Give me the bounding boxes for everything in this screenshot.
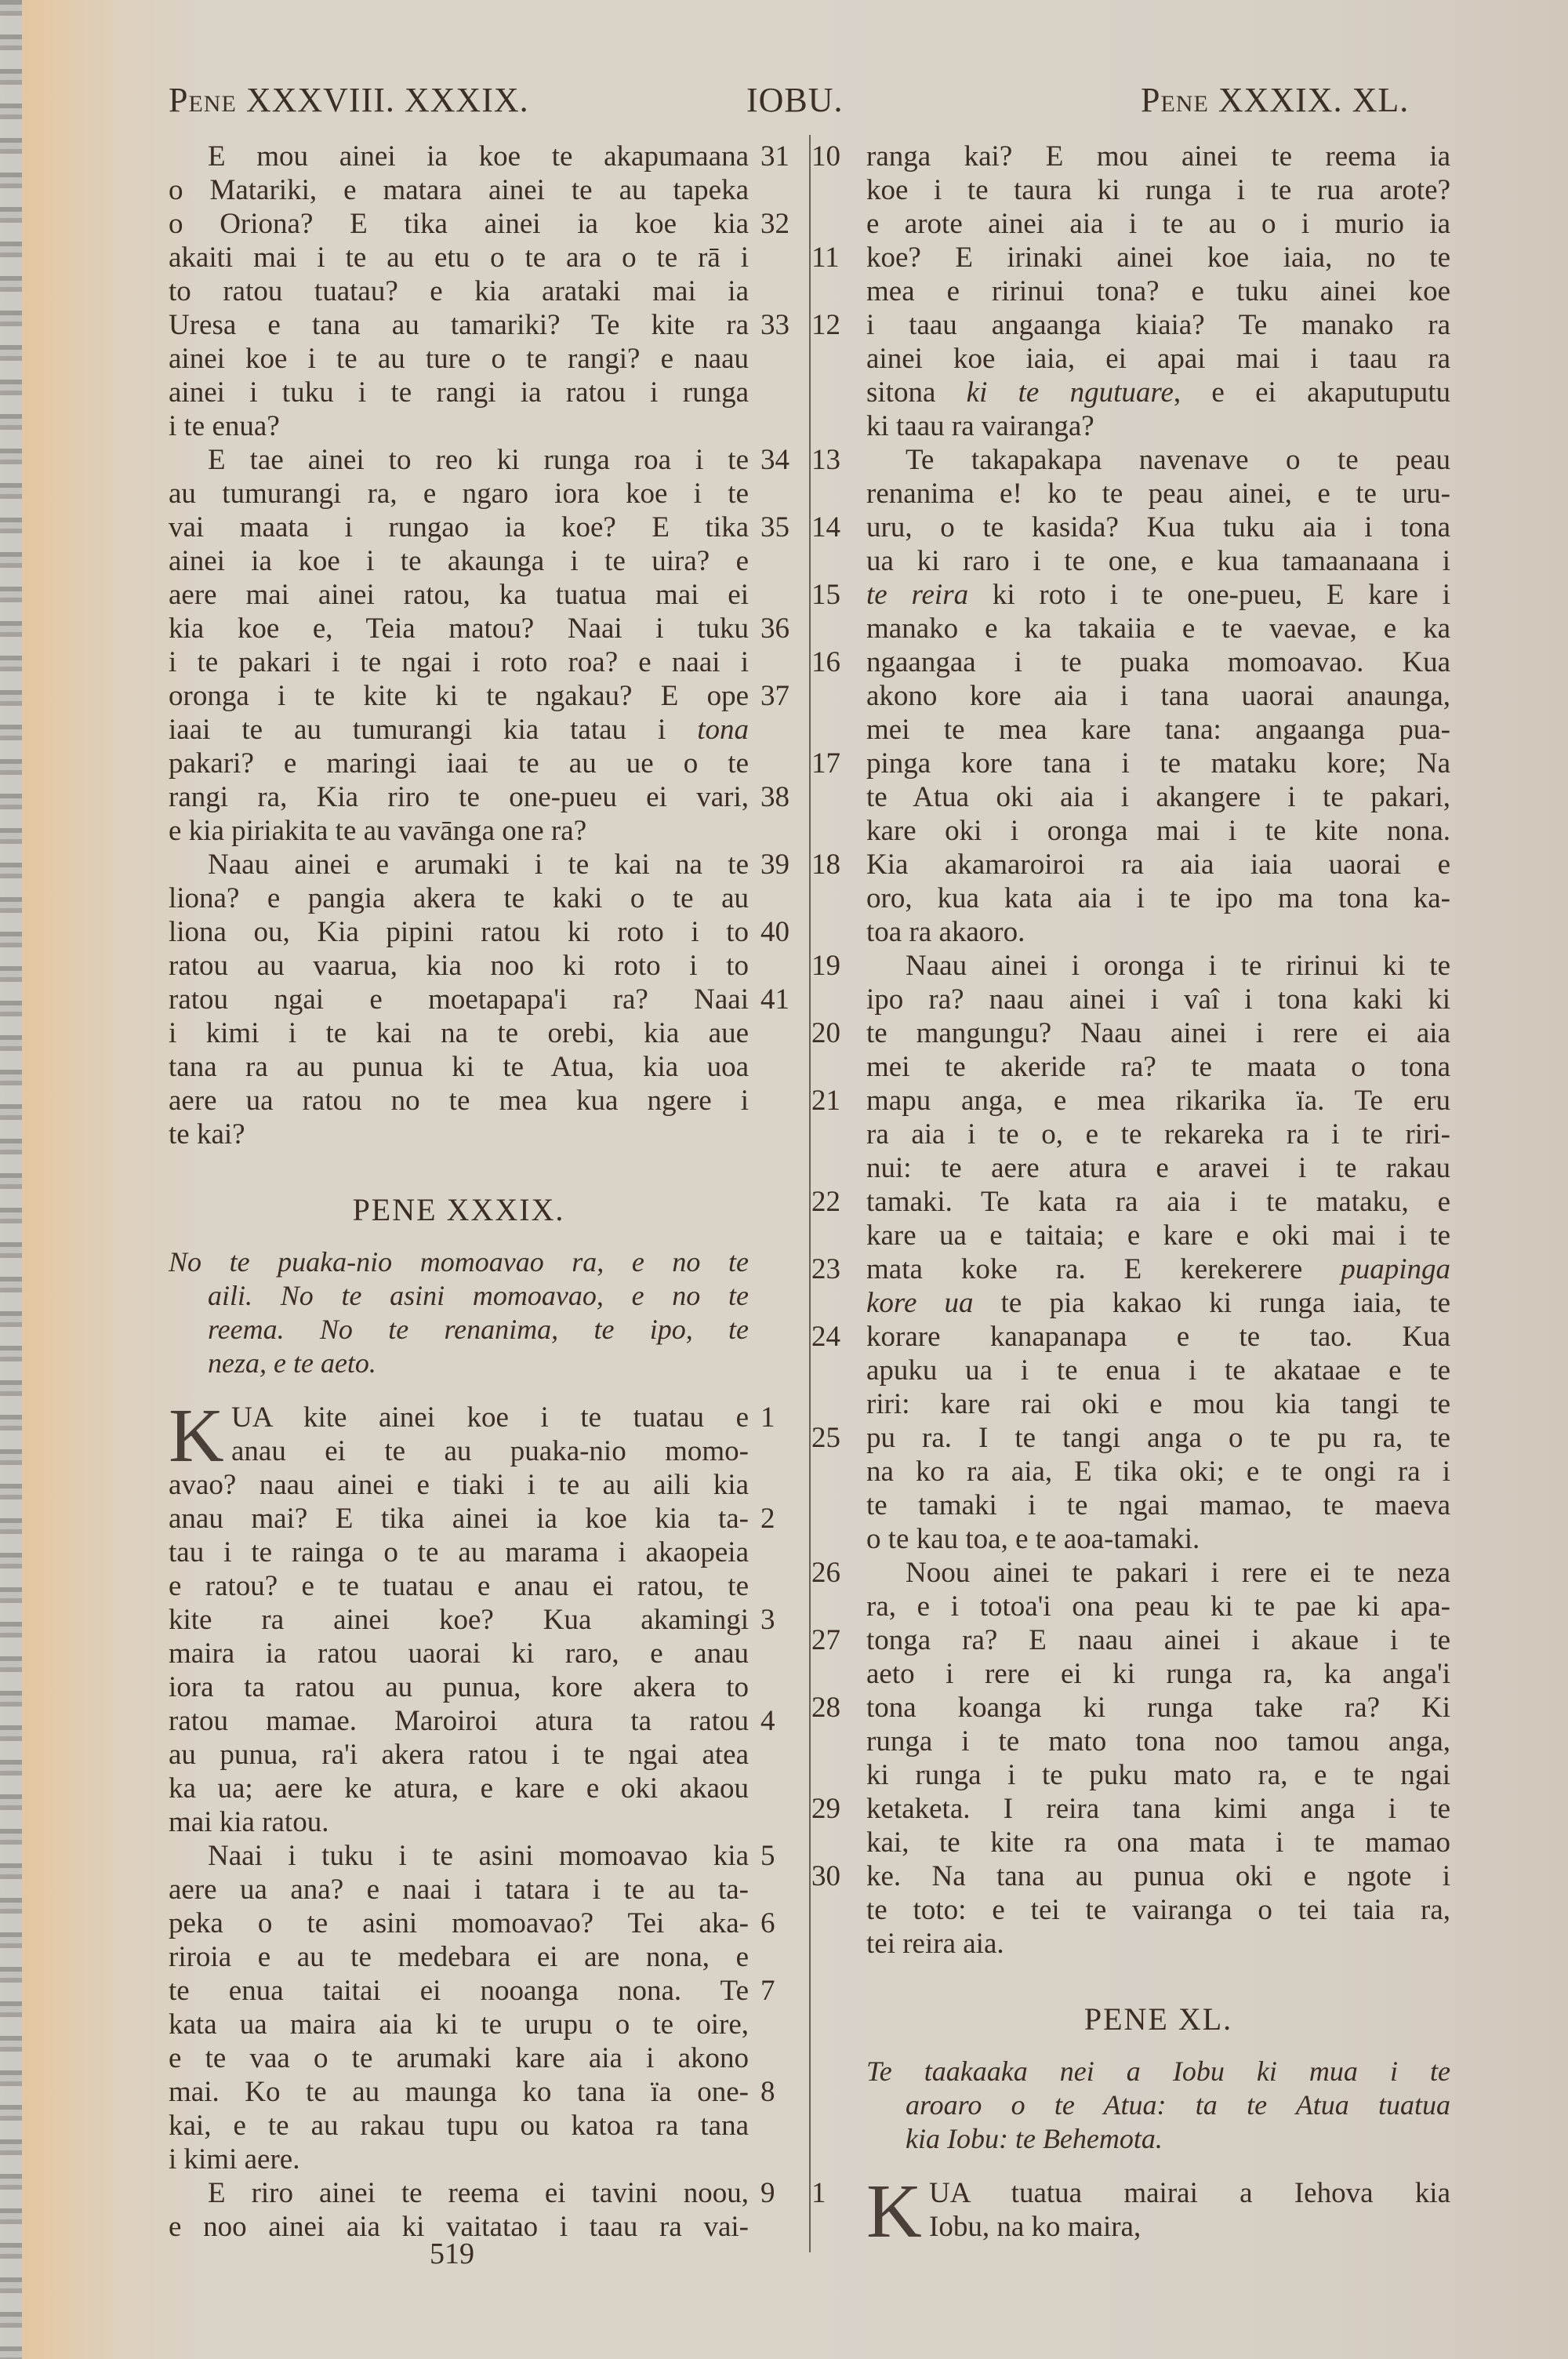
text-line: liona? e pangia akera te kaki o te au bbox=[169, 881, 749, 915]
line-text: oronga i te kite ki te ngakau? E ope bbox=[169, 680, 749, 712]
line-text: tona koanga ki runga take ra? Ki bbox=[866, 1692, 1450, 1724]
text-line: aeto i rere ei ki runga ra, ka anga'i bbox=[866, 1657, 1450, 1691]
text-line: o te kau toa, e te aoa-tamaki. bbox=[866, 1522, 1450, 1556]
text-line: mei te mea kare tana: angaanga pua- bbox=[866, 713, 1450, 747]
line-text: ainei i tuku i te rangi ia ratou i runga bbox=[169, 376, 749, 409]
line-text: ratou mamae. Maroiroi atura ta ratou bbox=[169, 1705, 749, 1737]
text-line: ua ki raro i te one, e kua tamaanaana i bbox=[866, 544, 1450, 578]
line-text: UA kite ainei koe i te tuatau e bbox=[231, 1401, 749, 1434]
verse-number: 23 bbox=[811, 1252, 857, 1286]
running-head-right-chapters: XXXIX. XL. bbox=[1209, 81, 1409, 119]
line-text: runga i te mato tona noo tamou anga, bbox=[866, 1725, 1450, 1757]
line-text: kore ua te pia kakao ki runga iaia, te bbox=[866, 1287, 1450, 1319]
text-line: rangi ra, Kia riro te one-pueu ei vari,3… bbox=[169, 780, 749, 814]
line-text: kite ra ainei koe? Kua akamingi bbox=[169, 1604, 749, 1636]
text-line: riri: kare rai oki e mou kia tangi te bbox=[866, 1387, 1450, 1421]
line-text: E tae ainei to reo ki runga roa i te bbox=[208, 444, 749, 476]
text-line: ratou ngai e moetapapa'i ra? Naai41 bbox=[169, 983, 749, 1016]
summary-line: kia Iobu: te Behemota. bbox=[866, 2122, 1450, 2156]
line-text: ra, e i totoa'i ona peau ki te pae ki ap… bbox=[866, 1590, 1450, 1623]
verse-number: 40 bbox=[760, 915, 808, 949]
text-line: tamaki. Te kata ra aia i te mataku, e22 bbox=[866, 1185, 1450, 1219]
column-divider bbox=[809, 135, 811, 2252]
text-line: UA kite ainei koe i te tuatau e1 bbox=[169, 1401, 749, 1434]
line-text: au punua, ra'i akera ratou i te ngai ate… bbox=[169, 1739, 749, 1771]
text-line: E riro ainei te reema ei tavini noou,9 bbox=[169, 2176, 749, 2210]
text-line: Naai i tuku i te asini momoavao kia5 bbox=[169, 1839, 749, 1873]
line-text: ratou au vaarua, kia noo ki roto i to bbox=[169, 950, 749, 982]
text-line: ketaketa. I reira tana kimi anga i te29 bbox=[866, 1792, 1450, 1826]
running-head-right: PENE XXXIX. XL. bbox=[1141, 80, 1409, 120]
text-line: mai. Ko te au maunga ko tana ïa one-8 bbox=[169, 2075, 749, 2109]
line-text: riri: kare rai oki e mou kia tangi te bbox=[866, 1388, 1450, 1420]
text-line: ainei i tuku i te rangi ia ratou i runga bbox=[169, 376, 749, 409]
verse-number: 26 bbox=[811, 1556, 857, 1590]
text-line: tei reira aia. bbox=[866, 1927, 1450, 1961]
text-line: mapu anga, e mea rikarika ïa. Te eru21 bbox=[866, 1084, 1450, 1118]
chapter-summary-39: No te puaka-nio momoavao ra, e no teaili… bbox=[169, 1245, 749, 1380]
text-line: liona ou, Kia pipini ratou ki roto i to4… bbox=[169, 915, 749, 949]
line-text: tau i te rainga o te au marama i akaopei… bbox=[169, 1536, 749, 1568]
summary-line: aili. No te asini momoavao, e no te bbox=[169, 1279, 749, 1313]
left-text-block-1: E mou ainei ia koe te akapumaana31o Mata… bbox=[169, 140, 749, 1151]
text-line: ratou au vaarua, kia noo ki roto i to bbox=[169, 949, 749, 983]
text-line: au tumurangi ra, e ngaro iora koe i te bbox=[169, 477, 749, 511]
line-text: au tumurangi ra, e ngaro iora koe i te bbox=[169, 478, 749, 510]
text-line: manako e ka takaiia e te vaevae, e ka bbox=[866, 612, 1450, 645]
text-line: mea e ririnui tona? e tuku ainei koe bbox=[866, 274, 1450, 308]
text-line: ranga kai? E mou ainei te reema ia10 bbox=[866, 140, 1450, 173]
text-line: akono kore aia i tana uaorai anaunga, bbox=[866, 679, 1450, 713]
verse-number: 2 bbox=[760, 1502, 808, 1536]
line-text: E mou ainei ia koe te akapumaana bbox=[208, 140, 749, 173]
text-line: i taau angaanga kiaia? Te manako ra12 bbox=[866, 308, 1450, 342]
text-line: Iobu, na ko maira, bbox=[866, 2210, 1450, 2244]
text-line: ra, e i totoa'i ona peau ki te pae ki ap… bbox=[866, 1590, 1450, 1623]
line-text: i te pakari i te ngai i roto roa? e naai… bbox=[169, 646, 749, 678]
verse-number: 9 bbox=[760, 2176, 808, 2210]
text-line: ipo ra? naau ainei i vaî i tona kaki ki bbox=[866, 983, 1450, 1016]
text-line: apuku ua i te enua i te akataae e te bbox=[866, 1354, 1450, 1387]
line-text: pakari? e maringi iaai te au ue o te bbox=[169, 747, 749, 780]
text-line: pinga kore tana i te mataku kore; Na17 bbox=[866, 747, 1450, 780]
text-line: pu ra. I te tangi anga o te pu ra, te25 bbox=[866, 1421, 1450, 1455]
line-text: ipo ra? naau ainei i vaî i tona kaki ki bbox=[866, 983, 1450, 1016]
verse-number: 19 bbox=[811, 949, 857, 983]
verse-number: 38 bbox=[760, 780, 808, 814]
line-text: mapu anga, e mea rikarika ïa. Te eru bbox=[866, 1085, 1450, 1117]
line-text: mata koke ra. E kerekerere puapinga bbox=[866, 1253, 1450, 1285]
right-column: ranga kai? E mou ainei te reema ia10koe … bbox=[866, 140, 1450, 2244]
text-line: kore ua te pia kakao ki runga iaia, te bbox=[866, 1286, 1450, 1320]
line-text: ainei koe iaia, ei apai mai i taau ra bbox=[866, 343, 1450, 375]
line-text: ngaangaa i te puaka momoavao. Kua bbox=[866, 646, 1450, 678]
line-text: te mangungu? Naau ainei i rere ei aia bbox=[866, 1017, 1450, 1049]
line-text: aeto i rere ei ki runga ra, ka anga'i bbox=[866, 1658, 1450, 1690]
text-line: ra aia i te o, e te rekareka ra i te rir… bbox=[866, 1118, 1450, 1151]
line-text: E riro ainei te reema ei tavini noou, bbox=[208, 2177, 749, 2209]
line-text: te enua taitai ei nooanga nona. Te bbox=[169, 1975, 749, 2007]
text-line: ratou mamae. Maroiroi atura ta ratou4 bbox=[169, 1704, 749, 1738]
text-line: te enua taitai ei nooanga nona. Te7 bbox=[169, 1974, 749, 2008]
summary-line: Te taakaaka nei a Iobu ki mua i te bbox=[866, 2055, 1450, 2088]
line-text: sitona ki te ngutuare, e ei akaputuputu bbox=[866, 376, 1450, 409]
verse-number: 28 bbox=[811, 1691, 857, 1725]
line-text: ranga kai? E mou ainei te reema ia bbox=[866, 140, 1450, 173]
line-text: tei reira aia. bbox=[866, 1928, 1004, 1960]
text-line: kai, te kite ra ona mata i te mamao bbox=[866, 1826, 1450, 1859]
line-text: o Matariki, e matara ainei te au tapeka bbox=[169, 174, 749, 206]
verse-number: 15 bbox=[811, 578, 857, 612]
line-text: peka o te asini momoavao? Tei aka- bbox=[169, 1907, 749, 1939]
line-text: kai, te kite ra ona mata i te mamao bbox=[866, 1826, 1450, 1859]
text-line: oronga i te kite ki te ngakau? E ope37 bbox=[169, 679, 749, 713]
line-text: ke. Na tana au punua oki e ngote i bbox=[866, 1860, 1450, 1892]
text-line: Kia akamaroiroi ra aia iaia uaorai e18 bbox=[866, 848, 1450, 881]
line-text: te Atua oki aia i akangere i te pakari, bbox=[866, 781, 1450, 813]
line-text: koe i te taura ki runga i te rua arote? bbox=[866, 174, 1450, 206]
text-line: riroia e au te medebara ei are nona, e bbox=[169, 1940, 749, 1974]
line-text: korare kanapanapa e te tao. Kua bbox=[866, 1321, 1450, 1353]
right-text-block-2: UA tuatua mairai a Iehova kia1Iobu, na k… bbox=[866, 2176, 1450, 2244]
text-line: korare kanapanapa e te tao. Kua24 bbox=[866, 1320, 1450, 1354]
text-line: ka ua; aere ke atura, e kare e oki akaou bbox=[169, 1772, 749, 1805]
line-text: aere mai ainei ratou, ka tuatua mai ei bbox=[169, 579, 749, 611]
text-line: pakari? e maringi iaai te au ue o te bbox=[169, 747, 749, 780]
line-text: kare oki i oronga mai i te kite nona. bbox=[866, 815, 1450, 847]
text-line: uru, o te kasida? Kua tuku aia i tona14 bbox=[866, 511, 1450, 544]
text-line: anau ei te au puaka-nio momo- bbox=[169, 1434, 749, 1468]
text-line: avao? naau ainei e tiaki i te au aili ki… bbox=[169, 1468, 749, 1502]
line-text: toa ra akaoro. bbox=[866, 916, 1025, 948]
text-line: Naau ainei e arumaki i te kai na te39 bbox=[169, 848, 749, 881]
text-line: aere ua ratou no te mea kua ngere i bbox=[169, 1084, 749, 1118]
verse-number: 13 bbox=[811, 443, 857, 477]
left-column: E mou ainei ia koe te akapumaana31o Mata… bbox=[169, 140, 749, 2244]
line-text: ua ki raro i te one, e kua tamaanaana i bbox=[866, 545, 1450, 577]
line-text: ainei koe i te au ture o te rangi? e naa… bbox=[169, 343, 749, 375]
verse-number: 41 bbox=[760, 983, 808, 1016]
line-text: i taau angaanga kiaia? Te manako ra bbox=[866, 309, 1450, 341]
text-line: au punua, ra'i akera ratou i te ngai ate… bbox=[169, 1738, 749, 1772]
line-text: manako e ka takaiia e te vaevae, e ka bbox=[866, 612, 1450, 645]
text-line: peka o te asini momoavao? Tei aka-6 bbox=[169, 1906, 749, 1940]
text-line: kia koe e, Teia matou? Naai i tuku36 bbox=[169, 612, 749, 645]
verse-number: 34 bbox=[760, 443, 808, 477]
line-text: e arote ainei aia i te au o i murio ia bbox=[866, 208, 1450, 240]
line-text: e ratou? e te tuatau e anau ei ratou, te bbox=[169, 1570, 749, 1602]
running-head-right-smallcaps: ENE bbox=[1160, 91, 1208, 117]
text-line: mei te akeride ra? te maata o tona bbox=[866, 1050, 1450, 1084]
summary-line: neza, e te aeto. bbox=[169, 1347, 749, 1380]
verse-number: 17 bbox=[811, 747, 857, 780]
running-head-left-initial: P bbox=[169, 81, 188, 119]
line-text: UA tuatua mairai a Iehova kia bbox=[929, 2177, 1450, 2209]
text-line: e te vaa o te arumaki kare aia i akono bbox=[169, 2041, 749, 2075]
line-text: liona ou, Kia pipini ratou ki roto i to bbox=[169, 916, 749, 948]
verse-number: 31 bbox=[760, 140, 808, 173]
text-line: to ratou tuatau? e kia arataki mai ia bbox=[169, 274, 749, 308]
text-line: maira ia ratou uaorai ki raro, e anau bbox=[169, 1637, 749, 1670]
verse-number: 18 bbox=[811, 848, 857, 881]
text-line: runga i te mato tona noo tamou anga, bbox=[866, 1725, 1450, 1758]
line-text: koe? E irinaki ainei koe iaia, no te bbox=[866, 242, 1450, 274]
line-text: kare ua e taitaia; e kare e oki mai i te bbox=[866, 1219, 1450, 1252]
chapter-title-40: PENE XL. bbox=[866, 1984, 1450, 2055]
line-text: avao? naau ainei e tiaki i te au aili ki… bbox=[169, 1469, 749, 1501]
line-text: o te kau toa, e te aoa-tamaki. bbox=[866, 1523, 1200, 1555]
line-text: e te vaa o te arumaki kare aia i akono bbox=[169, 2042, 749, 2074]
line-text: i kimi aere. bbox=[169, 2143, 299, 2175]
verse-number: 35 bbox=[760, 511, 808, 544]
verse-number: 24 bbox=[811, 1320, 857, 1354]
verse-number: 22 bbox=[811, 1185, 857, 1219]
summary-line: reema. No te renanima, te ipo, te bbox=[169, 1313, 749, 1347]
verse-number: 4 bbox=[760, 1704, 808, 1738]
line-text: Naau ainei e arumaki i te kai na te bbox=[208, 849, 749, 881]
text-line: te toto: e tei te vairanga o tei taia ra… bbox=[866, 1893, 1450, 1927]
line-text: kia koe e, Teia matou? Naai i tuku bbox=[169, 612, 749, 645]
line-text: mei te akeride ra? te maata o tona bbox=[866, 1051, 1450, 1083]
verse-number: 39 bbox=[760, 848, 808, 881]
text-line: ainei koe i te au ture o te rangi? e naa… bbox=[169, 342, 749, 376]
line-text: kai, e te au rakau tupu ou katoa ra tana bbox=[169, 2110, 749, 2142]
line-text: akono kore aia i tana uaorai anaunga, bbox=[866, 680, 1450, 712]
text-line: kare ua e taitaia; e kare e oki mai i te bbox=[866, 1219, 1450, 1252]
verse-number: 30 bbox=[811, 1859, 857, 1893]
text-line: o Matariki, e matara ainei te au tapeka bbox=[169, 173, 749, 207]
verse-number: 29 bbox=[811, 1792, 857, 1826]
line-text: tamaki. Te kata ra aia i te mataku, e bbox=[866, 1186, 1450, 1218]
running-head-left-smallcaps: ENE bbox=[188, 91, 236, 117]
text-line: te mangungu? Naau ainei i rere ei aia20 bbox=[866, 1016, 1450, 1050]
text-line: kare oki i oronga mai i te kite nona. bbox=[866, 814, 1450, 848]
line-text: anau mai? E tika ainei ia koe kia ta- bbox=[169, 1503, 749, 1535]
text-line: kata ua maira aia ki te urupu o te oire, bbox=[169, 2008, 749, 2041]
text-line: ki taau ra vairanga? bbox=[866, 409, 1450, 443]
text-line: nui: te aere atura e aravei i te rakau bbox=[866, 1151, 1450, 1185]
text-line: te tamaki i te ngai mamao, te maeva bbox=[866, 1488, 1450, 1522]
verse-number: 16 bbox=[811, 645, 857, 679]
line-text: apuku ua i te enua i te akataae e te bbox=[866, 1354, 1450, 1387]
line-text: te reira ki roto i te one-pueu, E kare i bbox=[866, 579, 1450, 611]
text-line: vai maata i rungao ia koe? E tika35 bbox=[169, 511, 749, 544]
chapter-40-opening: K UA tuatua mairai a Iehova kia1Iobu, na… bbox=[866, 2176, 1450, 2244]
verse-number: 6 bbox=[760, 1906, 808, 1940]
text-line: oro, kua kata aia i te ipo ma tona ka- bbox=[866, 881, 1450, 915]
verse-number: 1 bbox=[811, 2176, 857, 2210]
text-line: e ratou? e te tuatau e anau ei ratou, te bbox=[169, 1569, 749, 1603]
line-text: aere ua ana? e naai i tatara i te au ta- bbox=[169, 1874, 749, 1906]
text-line: toa ra akaoro. bbox=[866, 915, 1450, 949]
verse-number: 36 bbox=[760, 612, 808, 645]
line-text: iaai te au tumurangi kia tatau i tona bbox=[169, 714, 749, 746]
text-line: ki runga i te puku mato ra, e te ngai bbox=[866, 1758, 1450, 1792]
text-line: UA tuatua mairai a Iehova kia1 bbox=[866, 2176, 1450, 2210]
spacer bbox=[169, 1380, 749, 1401]
verse-number: 32 bbox=[760, 207, 808, 241]
line-text: riroia e au te medebara ei are nona, e bbox=[169, 1941, 749, 1973]
text-line: aere ua ana? e naai i tatara i te au ta- bbox=[169, 1873, 749, 1906]
text-line: o Oriona? E tika ainei ia koe kia32 bbox=[169, 207, 749, 241]
text-line: Uresa e tana au tamariki? Te kite ra33 bbox=[169, 308, 749, 342]
right-text-block-1: ranga kai? E mou ainei te reema ia10koe … bbox=[866, 140, 1450, 1961]
chapter-title-39: PENE XXXIX. bbox=[169, 1175, 749, 1245]
text-line: ainei ia koe i te akaunga i te uira? e bbox=[169, 544, 749, 578]
line-text: ketaketa. I reira tana kimi anga i te bbox=[866, 1793, 1450, 1825]
text-line: mata koke ra. E kerekerere puapinga23 bbox=[866, 1252, 1450, 1286]
verse-number: 14 bbox=[811, 511, 857, 544]
verse-number: 27 bbox=[811, 1623, 857, 1657]
line-text: ainei ia koe i te akaunga i te uira? e bbox=[169, 545, 749, 577]
spacer bbox=[866, 2156, 1450, 2176]
text-line: e kia piriakita te au vavānga one ra? bbox=[169, 814, 749, 848]
line-text: ka ua; aere ke atura, e kare e oki akaou bbox=[169, 1772, 749, 1805]
line-text: tana ra au punua ki te Atua, kia uoa bbox=[169, 1051, 749, 1083]
underlying-page-edges bbox=[0, 0, 22, 2359]
line-text: ra aia i te o, e te rekareka ra i te rir… bbox=[866, 1118, 1450, 1150]
line-text: ki runga i te puku mato ra, e te ngai bbox=[866, 1759, 1450, 1791]
text-line: aere mai ainei ratou, ka tuatua mai ei bbox=[169, 578, 749, 612]
chapter-39-opening: K UA kite ainei koe i te tuatau e1anau e… bbox=[169, 1401, 749, 2244]
text-line: te reira ki roto i te one-pueu, E kare i… bbox=[866, 578, 1450, 612]
running-head-left: PENE XXXVIII. XXXIX. bbox=[169, 80, 529, 120]
line-text: Iobu, na ko maira, bbox=[929, 2211, 1141, 2243]
text-line: na ko ra aia, E tika oki; e te ongi ra i bbox=[866, 1455, 1450, 1488]
line-text: Naai i tuku i te asini momoavao kia bbox=[208, 1840, 749, 1872]
verse-number: 8 bbox=[760, 2075, 808, 2109]
text-line: koe i te taura ki runga i te rua arote? bbox=[866, 173, 1450, 207]
text-line: te kai? bbox=[169, 1118, 749, 1151]
text-line: iaai te au tumurangi kia tatau i tona bbox=[169, 713, 749, 747]
verse-number: 11 bbox=[811, 241, 857, 274]
chapter-summary-40: Te taakaaka nei a Iobu ki mua i tearoaro… bbox=[866, 2055, 1450, 2156]
line-text: nui: te aere atura e aravei i te rakau bbox=[866, 1152, 1450, 1184]
text-line: iora ta ratou au punua, kore akera to bbox=[169, 1670, 749, 1704]
line-text: tonga ra? E naau ainei i akaue i te bbox=[866, 1624, 1450, 1656]
running-head-book-title: IOBU. bbox=[746, 80, 844, 120]
text-line: E mou ainei ia koe te akapumaana31 bbox=[169, 140, 749, 173]
line-text: mei te mea kare tana: angaanga pua- bbox=[866, 714, 1450, 746]
line-text: Uresa e tana au tamariki? Te kite ra bbox=[169, 309, 749, 341]
text-line: i kimi aere. bbox=[169, 2143, 749, 2176]
text-line: kite ra ainei koe? Kua akamingi3 bbox=[169, 1603, 749, 1637]
line-text: rangi ra, Kia riro te one-pueu ei vari, bbox=[169, 781, 749, 813]
text-line: ke. Na tana au punua oki e ngote i30 bbox=[866, 1859, 1450, 1893]
line-text: Naau ainei i oronga i te ririnui ki te bbox=[906, 950, 1450, 982]
line-text: pinga kore tana i te mataku kore; Na bbox=[866, 747, 1450, 780]
line-text: akaiti mai i te au etu o te ara o te rā … bbox=[169, 242, 749, 274]
summary-line: No te puaka-nio momoavao ra, e no te bbox=[169, 1245, 749, 1279]
text-line: anau mai? E tika ainei ia koe kia ta-2 bbox=[169, 1502, 749, 1536]
verse-number: 25 bbox=[811, 1421, 857, 1455]
text-line: akaiti mai i te au etu o te ara o te rā … bbox=[169, 241, 749, 274]
line-text: te kai? bbox=[169, 1118, 245, 1150]
left-text-block-2: UA kite ainei koe i te tuatau e1anau ei … bbox=[169, 1401, 749, 2244]
text-line: i te enua? bbox=[169, 409, 749, 443]
line-text: to ratou tuatau? e kia arataki mai ia bbox=[169, 275, 749, 307]
line-text: mai. Ko te au maunga ko tana ïa one- bbox=[169, 2076, 749, 2108]
line-text: o Oriona? E tika ainei ia koe kia bbox=[169, 208, 749, 240]
line-text: kata ua maira aia ki te urupu o te oire, bbox=[169, 2008, 749, 2041]
text-line: tau i te rainga o te au marama i akaopei… bbox=[169, 1536, 749, 1569]
verse-number: 1 bbox=[760, 1401, 808, 1434]
text-line: E tae ainei to reo ki runga roa i te34 bbox=[169, 443, 749, 477]
verse-number: 7 bbox=[760, 1974, 808, 2008]
verse-number: 21 bbox=[811, 1084, 857, 1118]
line-text: anau ei te au puaka-nio momo- bbox=[231, 1435, 749, 1467]
text-line: Noou ainei te pakari i rere ei te neza26 bbox=[866, 1556, 1450, 1590]
text-line: te Atua oki aia i akangere i te pakari, bbox=[866, 780, 1450, 814]
verse-number: 5 bbox=[760, 1839, 808, 1873]
line-text: te toto: e tei te vairanga o tei taia ra… bbox=[866, 1894, 1450, 1926]
line-text: liona? e pangia akera te kaki o te au bbox=[169, 882, 749, 914]
text-line: koe? E irinaki ainei koe iaia, no te11 bbox=[866, 241, 1450, 274]
line-text: pu ra. I te tangi anga o te pu ra, te bbox=[866, 1422, 1450, 1454]
page-number: 519 bbox=[430, 2237, 474, 2271]
line-text: na ko ra aia, E tika oki; e te ongi ra i bbox=[866, 1456, 1450, 1488]
line-text: Noou ainei te pakari i rere ei te neza bbox=[906, 1557, 1450, 1589]
line-text: renanima e! ko te peau ainei, e te uru- bbox=[866, 478, 1450, 510]
text-line: Naau ainei i oronga i te ririnui ki te19 bbox=[866, 949, 1450, 983]
text-line: tona koanga ki runga take ra? Ki28 bbox=[866, 1691, 1450, 1725]
verse-number: 10 bbox=[811, 140, 857, 173]
line-text: vai maata i rungao ia koe? E tika bbox=[169, 511, 749, 543]
line-text: i kimi i te kai na te orebi, kia aue bbox=[169, 1017, 749, 1049]
line-text: e kia piriakita te au vavānga one ra? bbox=[169, 815, 586, 847]
text-line: kai, e te au rakau tupu ou katoa ra tana bbox=[169, 2109, 749, 2143]
line-text: oro, kua kata aia i te ipo ma tona ka- bbox=[866, 882, 1450, 914]
line-text: ki taau ra vairanga? bbox=[866, 410, 1094, 442]
text-line: i te pakari i te ngai i roto roa? e naai… bbox=[169, 645, 749, 679]
text-line: mai kia ratou. bbox=[169, 1805, 749, 1839]
summary-line: aroaro o te Atua: ta te Atua tuatua bbox=[866, 2088, 1450, 2122]
running-head-right-initial: P bbox=[1141, 81, 1160, 119]
verse-number: 37 bbox=[760, 679, 808, 713]
line-text: maira ia ratou uaorai ki raro, e anau bbox=[169, 1637, 749, 1670]
line-text: Kia akamaroiroi ra aia iaia uaorai e bbox=[866, 849, 1450, 881]
line-text: i te enua? bbox=[169, 410, 280, 442]
text-line: renanima e! ko te peau ainei, e te uru- bbox=[866, 477, 1450, 511]
line-text: iora ta ratou au punua, kore akera to bbox=[169, 1671, 749, 1703]
line-text: uru, o te kasida? Kua tuku aia i tona bbox=[866, 511, 1450, 543]
verse-number: 12 bbox=[811, 308, 857, 342]
text-line: ainei koe iaia, ei apai mai i taau ra bbox=[866, 342, 1450, 376]
verse-number: 33 bbox=[760, 308, 808, 342]
text-line: tonga ra? E naau ainei i akaue i te27 bbox=[866, 1623, 1450, 1657]
verse-number: 20 bbox=[811, 1016, 857, 1050]
line-text: te tamaki i te ngai mamao, te maeva bbox=[866, 1489, 1450, 1521]
text-line: i kimi i te kai na te orebi, kia aue bbox=[169, 1016, 749, 1050]
text-line: ngaangaa i te puaka momoavao. Kua16 bbox=[866, 645, 1450, 679]
text-line: e arote ainei aia i te au o i murio ia bbox=[866, 207, 1450, 241]
line-text: aere ua ratou no te mea kua ngere i bbox=[169, 1085, 749, 1117]
line-text: mea e ririnui tona? e tuku ainei koe bbox=[866, 275, 1450, 307]
line-text: Te takapakapa navenave o te peau bbox=[906, 444, 1450, 476]
running-head-left-chapters: XXXVIII. XXXIX. bbox=[237, 81, 529, 119]
line-text: ratou ngai e moetapapa'i ra? Naai bbox=[169, 983, 749, 1016]
text-line: Te takapakapa navenave o te peau13 bbox=[866, 443, 1450, 477]
text-line: tana ra au punua ki te Atua, kia uoa bbox=[169, 1050, 749, 1084]
text-line: sitona ki te ngutuare, e ei akaputuputu bbox=[866, 376, 1450, 409]
verse-number: 3 bbox=[760, 1603, 808, 1637]
line-text: mai kia ratou. bbox=[169, 1806, 328, 1838]
